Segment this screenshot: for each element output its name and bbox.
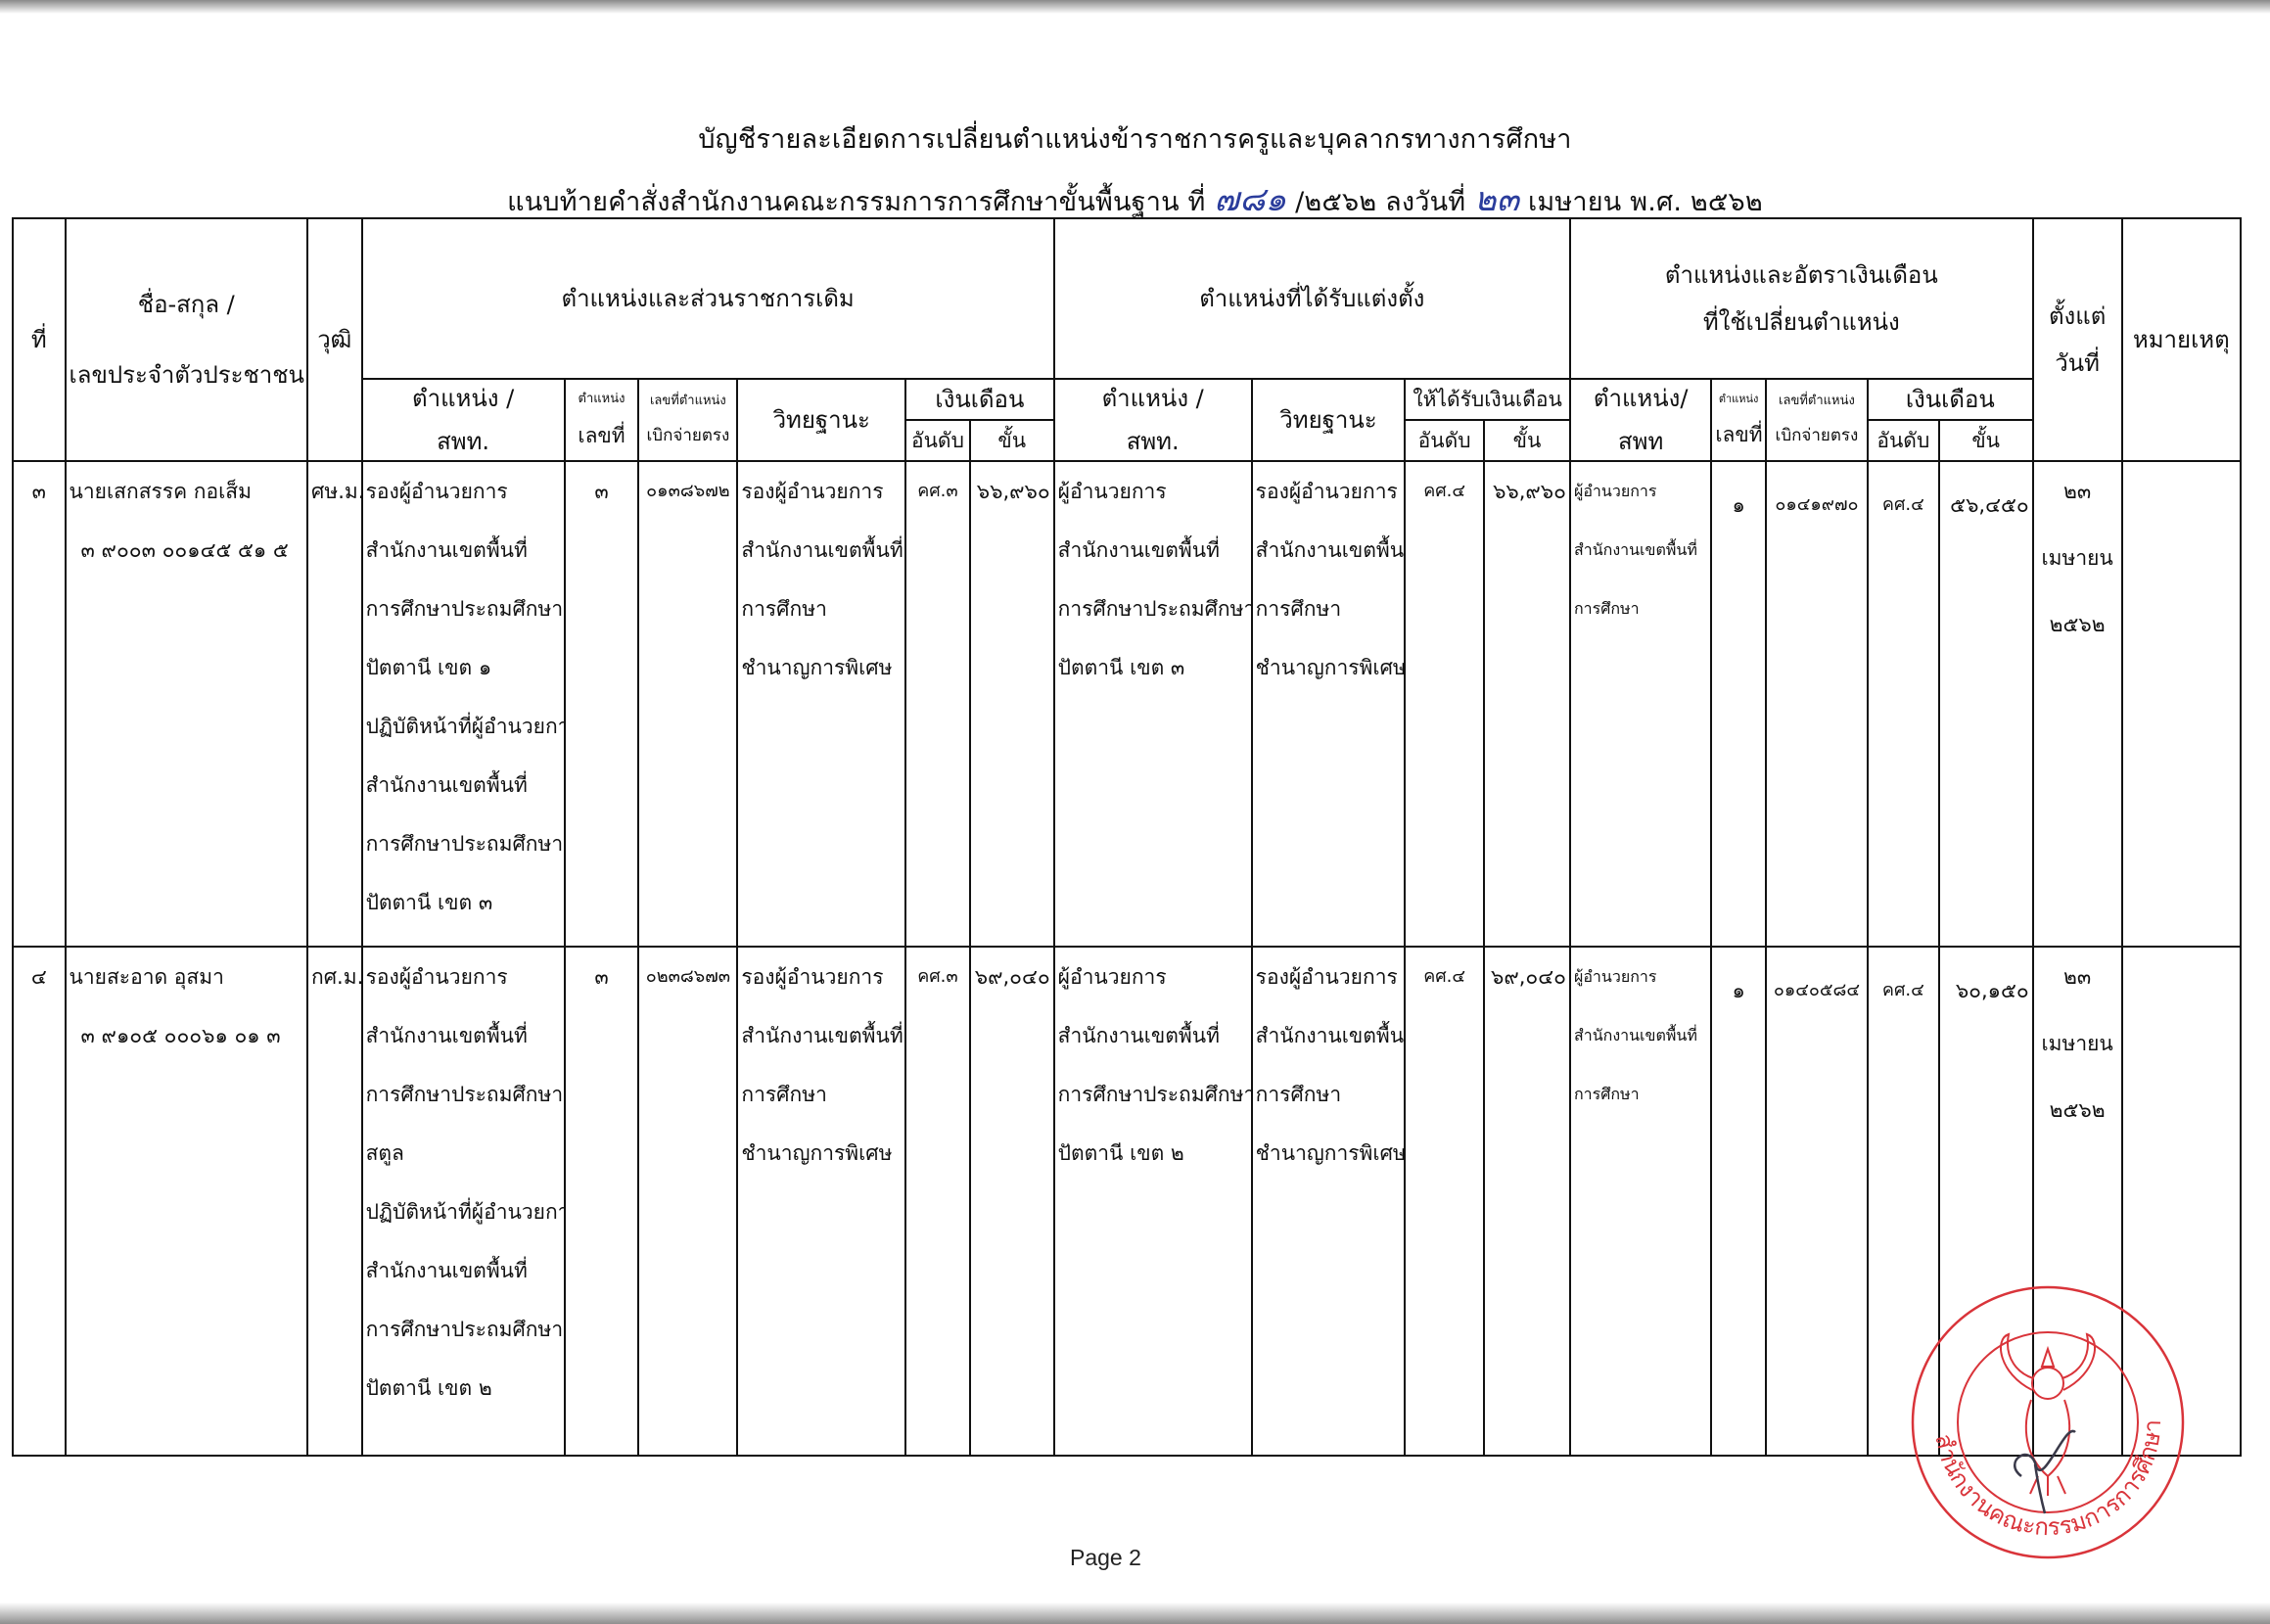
day-handwritten: ๒๓ xyxy=(1474,180,1519,219)
cell-text: ๐๑๓๘๖๗๒ xyxy=(642,476,733,507)
cell-line: ผู้อำนวยการ xyxy=(1058,961,1248,1020)
header-chg-rank: อันดับ xyxy=(1868,420,1939,461)
row-name: นายสะอาด อุสมา๓ ๙๑๐๕ ๐๐๐๖๑ ๐๑ ๓ xyxy=(66,947,307,1456)
cell-text: ๖๐,๑๕๐ xyxy=(1943,975,2029,1006)
cell-line: การศึกษา xyxy=(741,593,902,652)
header-receive-salary: ให้ได้รับเงินเดือน xyxy=(1405,379,1570,420)
cell-text: ๑ xyxy=(1715,975,1762,1006)
cell-line: รองผู้อำนวยการ xyxy=(366,961,561,1020)
cell-text: ศษ.ม. xyxy=(311,476,358,507)
subtitle-mid: /๒๕๖๒ ลงวันที่ xyxy=(1295,187,1465,217)
row-new-position: ผู้อำนวยการสำนักงานเขตพื้นที่การศึกษาประ… xyxy=(1054,461,1252,947)
header-since-date: ตั้งแต่ วันที่ xyxy=(2033,218,2122,461)
row-orig-rank: คศ.๓ xyxy=(905,947,970,1456)
cell-text: ๒๕๖๒ xyxy=(2037,1094,2118,1161)
cell-line: การศึกษาประถมศึกษา xyxy=(366,593,561,652)
header-original-position: ตำแหน่งและส่วนราชการเดิม xyxy=(362,218,1054,379)
scan-shadow-bottom xyxy=(0,1602,2270,1624)
cell-text: ๓ ๙๑๐๕ ๐๐๐๖๑ ๐๑ ๓ xyxy=(69,1020,303,1051)
cell-line: การศึกษา xyxy=(1256,1079,1402,1137)
cell-line: การศึกษาประถมศึกษา xyxy=(366,1079,561,1137)
row-chg-position: ผู้อำนวยการสำนักงานเขตพื้นที่การศึกษา xyxy=(1570,461,1711,947)
cell-text: ๖๙,๐๔๐ xyxy=(1488,961,1566,993)
row-orig-position-code: ๐๑๓๘๖๗๒ xyxy=(638,461,737,947)
cell-line: ปัตตานี เขต ๑ xyxy=(366,652,561,711)
row-chg-position: ผู้อำนวยการสำนักงานเขตพื้นที่การศึกษา xyxy=(1570,947,1711,1456)
cell-line: สำนักงานเขตพื้นที่ xyxy=(366,534,561,593)
cell-text: คศ.๔ xyxy=(1409,961,1480,993)
cell-text: ๒๓ xyxy=(2037,961,2118,1028)
cell-line: รองผู้อำนวยการ xyxy=(1256,961,1402,1020)
cell-text: ๐๑๔๐๕๘๔ xyxy=(1770,975,1864,1006)
cell-text: ๒๓ xyxy=(2037,476,2118,542)
header-chg-step: ขั้น xyxy=(1939,420,2033,461)
cell-text: คศ.๓ xyxy=(909,476,966,507)
cell-text: ๓ xyxy=(17,476,62,507)
row-orig-position-no: ๓ xyxy=(565,461,639,947)
header-orig-step: ขั้น xyxy=(970,420,1054,461)
cell-line: สำนักงานเขตพื้นที่ xyxy=(366,1255,561,1314)
row-orig-standing: รองผู้อำนวยการสำนักงานเขตพื้นที่การศึกษา… xyxy=(737,461,905,947)
row-orig-position: รองผู้อำนวยการสำนักงานเขตพื้นที่การศึกษา… xyxy=(362,947,565,1456)
header-chg-position: ตำแหน่ง/ สพท xyxy=(1570,379,1711,461)
header-orig-salary: เงินเดือน xyxy=(905,379,1054,420)
cell-text: ๓ xyxy=(569,961,635,993)
cell-text: นายสะอาด อุสมา xyxy=(69,961,303,993)
cell-text: กศ.ม. xyxy=(311,961,358,993)
row-new-standing: รองผู้อำนวยการสำนักงานเขตพื้นที่การศึกษา… xyxy=(1252,461,1406,947)
cell-line: ปฏิบัติหน้าที่ผู้อำนวยการ xyxy=(366,1196,561,1255)
header-chg-position-no: ตำแหน่ง เลขที่ xyxy=(1711,379,1766,461)
row-chg-position-code: ๐๑๔๑๙๗๐ xyxy=(1766,461,1868,947)
header-new-step: ขั้น xyxy=(1484,420,1570,461)
cell-text: ๖๖,๙๖๐ xyxy=(1488,476,1566,507)
header-degree: วุฒิ xyxy=(307,218,362,461)
cell-text: เมษายน xyxy=(2037,542,2118,609)
cell-line: สำนักงานเขตพื้นที่ xyxy=(1256,534,1402,593)
header-remarks: หมายเหตุ xyxy=(2122,218,2241,461)
position-change-table: ที่ ชื่อ-สกุล / เลขประจำตัวประชาชน วุฒิ … xyxy=(12,217,2242,1457)
row-new-salary: ๖๖,๙๖๐ xyxy=(1484,461,1570,947)
cell-line: รองผู้อำนวยการ xyxy=(366,476,561,534)
cell-text: ๖๙,๐๔๐ xyxy=(974,961,1050,993)
cell-line: ชำนาญการพิเศษ xyxy=(1256,1137,1402,1196)
row-new-rank: คศ.๔ xyxy=(1405,947,1484,1456)
cell-text: ๑ xyxy=(1715,489,1762,521)
row-name: นายเสกสรรค กอเส็ม๓ ๙๐๐๓ ๐๐๑๔๕ ๕๑ ๕ xyxy=(66,461,307,947)
cell-text: ๓ xyxy=(569,476,635,507)
cell-text: นายเสกสรรค กอเส็ม xyxy=(69,476,303,507)
header-appointed-position: ตำแหน่งที่ได้รับแต่งตั้ง xyxy=(1054,218,1570,379)
cell-line: การศึกษาประถมศึกษา xyxy=(366,828,561,887)
cell-line: ชำนาญการพิเศษ xyxy=(741,1137,902,1196)
subtitle-suffix: เมษายน พ.ศ. ๒๕๖๒ xyxy=(1528,187,1763,217)
cell-text: คศ.๔ xyxy=(1409,476,1480,507)
cell-line: การศึกษาประถมศึกษา xyxy=(1058,593,1248,652)
cell-line: การศึกษา xyxy=(1574,593,1707,652)
cell-line: ผู้อำนวยการ xyxy=(1574,476,1707,534)
cell-line: สำนักงานเขตพื้นที่ xyxy=(1256,1020,1402,1079)
row-chg-position-no: ๑ xyxy=(1711,947,1766,1456)
subtitle-prefix: แนบท้ายคำสั่งสำนักงานคณะกรรมการการศึกษาข… xyxy=(507,187,1205,217)
garuda-emblem-icon xyxy=(2001,1334,2095,1496)
cell-line: รองผู้อำนวยการ xyxy=(741,476,902,534)
header-chg-salary: เงินเดือน xyxy=(1868,379,2033,420)
row-orig-position-code: ๐๒๓๘๖๗๓ xyxy=(638,947,737,1456)
header-new-rank: อันดับ xyxy=(1405,420,1484,461)
cell-text: เมษายน xyxy=(2037,1028,2118,1094)
header-new-standing: วิทยฐานะ xyxy=(1252,379,1406,461)
cell-line: ผู้อำนวยการ xyxy=(1574,961,1707,1020)
cell-line: สำนักงานเขตพื้นที่ xyxy=(741,534,902,593)
cell-line: สำนักงานเขตพื้นที่ xyxy=(1574,534,1707,593)
row-remarks xyxy=(2122,461,2241,947)
row-degree: ศษ.ม. xyxy=(307,461,362,947)
cell-line: สำนักงานเขตพื้นที่ xyxy=(366,1020,561,1079)
cell-text: คศ.๔ xyxy=(1872,975,1935,1006)
cell-line: รองผู้อำนวยการ xyxy=(741,961,902,1020)
cell-line: ชำนาญการพิเศษ xyxy=(741,652,902,711)
cell-line: การศึกษา xyxy=(1574,1079,1707,1137)
header-orig-position-code: เลขที่ตำแหน่ง เบิกจ่ายตรง xyxy=(638,379,737,461)
cell-line: สตูล xyxy=(366,1137,561,1196)
cell-line: ชำนาญการพิเศษ xyxy=(1256,652,1402,711)
cell-line: ปัตตานี เขต ๒ xyxy=(366,1372,561,1431)
row-orig-salary: ๖๙,๐๔๐ xyxy=(970,947,1054,1456)
row-orig-standing: รองผู้อำนวยการสำนักงานเขตพื้นที่การศึกษา… xyxy=(737,947,905,1456)
row-orig-rank: คศ.๓ xyxy=(905,461,970,947)
document-title: บัญชีรายละเอียดการเปลี่ยนตำแหน่งข้าราชกา… xyxy=(0,117,2270,160)
row-chg-rank: คศ.๔ xyxy=(1868,461,1939,947)
row-no: ๔ xyxy=(13,947,66,1456)
row-new-standing: รองผู้อำนวยการสำนักงานเขตพื้นที่การศึกษา… xyxy=(1252,947,1406,1456)
cell-text: ๖๖,๙๖๐ xyxy=(974,476,1050,507)
table-row: ๓นายเสกสรรค กอเส็ม๓ ๙๐๐๓ ๐๐๑๔๕ ๕๑ ๕ศษ.ม.… xyxy=(13,461,2241,947)
cell-text: ๕๖,๔๕๐ xyxy=(1943,489,2029,521)
cell-text: ๒๕๖๒ xyxy=(2037,609,2118,675)
cell-text: คศ.๔ xyxy=(1872,489,1935,521)
row-chg-salary: ๕๖,๔๕๐ xyxy=(1939,461,2033,947)
row-chg-position-no: ๑ xyxy=(1711,461,1766,947)
header-name: ชื่อ-สกุล / เลขประจำตัวประชาชน xyxy=(66,218,307,461)
cell-line: สำนักงานเขตพื้นที่ xyxy=(1058,1020,1248,1079)
cell-line: ปฏิบัติหน้าที่ผู้อำนวยการ xyxy=(366,711,561,769)
row-no: ๓ xyxy=(13,461,66,947)
signature-mark xyxy=(2015,1431,2075,1476)
cell-line: สำนักงานเขตพื้นที่ xyxy=(366,769,561,828)
order-number-handwritten: ๗๘๑ xyxy=(1214,180,1286,219)
cell-text: คศ.๓ xyxy=(909,961,966,993)
cell-line: ปัตตานี เขต ๓ xyxy=(1058,652,1248,711)
cell-line: รองผู้อำนวยการ xyxy=(1256,476,1402,534)
header-orig-position: ตำแหน่ง / สพท. xyxy=(362,379,565,461)
cell-line: การศึกษาประถมศึกษา xyxy=(1058,1079,1248,1137)
row-new-salary: ๖๙,๐๔๐ xyxy=(1484,947,1570,1456)
row-orig-position: รองผู้อำนวยการสำนักงานเขตพื้นที่การศึกษา… xyxy=(362,461,565,947)
scan-shadow-top xyxy=(0,0,2270,14)
cell-line: ปัตตานี เขต ๒ xyxy=(1058,1137,1248,1196)
svg-text:สำนักงานคณะกรรมการการศึกษาขั้น: สำนักงานคณะกรรมการการศึกษาขั้นพื้นฐาน xyxy=(1906,1280,2166,1541)
cell-line: สำนักงานเขตพื้นที่ xyxy=(1574,1020,1707,1079)
official-seal-stamp: สำนักงานคณะกรรมการการศึกษาขั้นพื้นฐาน xyxy=(1906,1280,2190,1564)
row-orig-salary: ๖๖,๙๖๐ xyxy=(970,461,1054,947)
header-orig-standing: วิทยฐานะ xyxy=(737,379,905,461)
cell-text: ๐๑๔๑๙๗๐ xyxy=(1770,489,1864,521)
cell-text: ๔ xyxy=(17,961,62,993)
row-degree: กศ.ม. xyxy=(307,947,362,1456)
cell-line: สำนักงานเขตพื้นที่ xyxy=(741,1020,902,1079)
row-new-position: ผู้อำนวยการสำนักงานเขตพื้นที่การศึกษาประ… xyxy=(1054,947,1252,1456)
row-since-date: ๒๓เมษายน๒๕๖๒ xyxy=(2033,461,2122,947)
cell-line: การศึกษา xyxy=(741,1079,902,1137)
header-chg-position-code: เลขที่ตำแหน่ง เบิกจ่ายตรง xyxy=(1766,379,1868,461)
cell-line: สำนักงานเขตพื้นที่ xyxy=(1058,534,1248,593)
cell-text: ๐๒๓๘๖๗๓ xyxy=(642,961,733,993)
cell-line: ผู้อำนวยการ xyxy=(1058,476,1248,534)
header-change-position: ตำแหน่งและอัตราเงินเดือน ที่ใช้เปลี่ยนตำ… xyxy=(1570,218,2033,379)
cell-line: การศึกษาประถมศึกษา xyxy=(366,1314,561,1372)
cell-line: การศึกษา xyxy=(1256,593,1402,652)
header-orig-position-no: ตำแหน่ง เลขที่ xyxy=(565,379,639,461)
row-orig-position-no: ๓ xyxy=(565,947,639,1456)
header-orig-rank: อันดับ xyxy=(905,420,970,461)
cell-text: ๓ ๙๐๐๓ ๐๐๑๔๕ ๕๑ ๕ xyxy=(69,534,303,566)
header-no: ที่ xyxy=(13,218,66,461)
row-chg-position-code: ๐๑๔๐๕๘๔ xyxy=(1766,947,1868,1456)
row-new-rank: คศ.๔ xyxy=(1405,461,1484,947)
page-number: Page 2 xyxy=(1070,1545,1141,1571)
header-new-position: ตำแหน่ง / สพท. xyxy=(1054,379,1252,461)
cell-line: ปัตตานี เขต ๓ xyxy=(366,887,561,946)
